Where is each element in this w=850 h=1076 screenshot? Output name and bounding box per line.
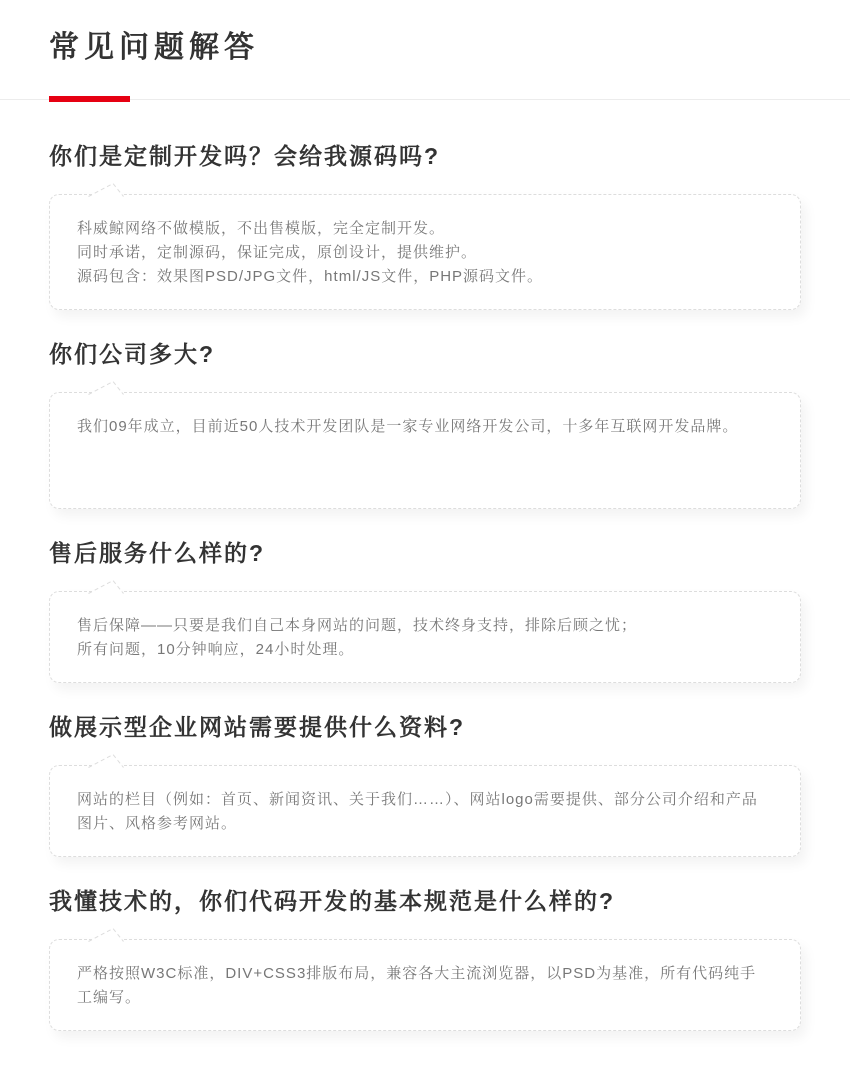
faq-question: 你们公司多大? bbox=[49, 342, 801, 367]
faq-section: 售后服务什么样的? 售后保障——只要是我们自己本身网站的问题，技术终身支持，排除… bbox=[49, 541, 801, 683]
faq-page: 常见问题解答 你们是定制开发吗？会给我源码吗? 科威鲸网络不做模版，不出售模版，… bbox=[0, 0, 850, 1076]
answer-line: 所有问题，10分钟响应，24小时处理。 bbox=[77, 638, 772, 662]
speech-bubble-tail-icon bbox=[88, 753, 124, 768]
speech-bubble-tail-icon bbox=[88, 182, 124, 197]
speech-bubble-tail-icon bbox=[88, 380, 124, 395]
answer-line: 源码包含：效果图PSD/JPG文件，html/JS文件，PHP源码文件。 bbox=[77, 265, 772, 289]
faq-question: 售后服务什么样的? bbox=[49, 541, 801, 566]
faq-question: 做展示型企业网站需要提供什么资料? bbox=[49, 715, 801, 740]
faq-question: 我懂技术的，你们代码开发的基本规范是什么样的? bbox=[49, 889, 801, 914]
answer-line: 同时承诺，定制源码，保证完成，原创设计，提供维护。 bbox=[77, 241, 772, 265]
faq-section: 我懂技术的，你们代码开发的基本规范是什么样的? 严格按照W3C标准，DIV+CS… bbox=[49, 889, 801, 1031]
header-divider bbox=[0, 99, 850, 100]
faq-section: 你们公司多大? 我们09年成立，目前近50人技术开发团队是一家专业网络开发公司，… bbox=[49, 342, 801, 509]
answer-line: 科威鲸网络不做模版，不出售模版，完全定制开发。 bbox=[77, 217, 772, 241]
answer-line: 网站的栏目（例如：首页、新闻资讯、关于我们……）、网站logo需要提供、部分公司… bbox=[77, 788, 772, 836]
page-title: 常见问题解答 bbox=[49, 31, 850, 65]
faq-section: 你们是定制开发吗？会给我源码吗? 科威鲸网络不做模版，不出售模版，完全定制开发。… bbox=[49, 144, 801, 310]
answer-line: 售后保障——只要是我们自己本身网站的问题，技术终身支持，排除后顾之忧； bbox=[77, 614, 772, 638]
speech-bubble-tail-icon bbox=[88, 927, 124, 942]
answer-bubble: 严格按照W3C标准，DIV+CSS3排版布局，兼容各大主流浏览器，以PSD为基准… bbox=[49, 939, 801, 1031]
answer-bubble: 售后保障——只要是我们自己本身网站的问题，技术终身支持，排除后顾之忧； 所有问题… bbox=[49, 591, 801, 683]
title-accent-bar bbox=[49, 96, 130, 102]
faq-list: 你们是定制开发吗？会给我源码吗? 科威鲸网络不做模版，不出售模版，完全定制开发。… bbox=[49, 144, 801, 1031]
faq-question: 你们是定制开发吗？会给我源码吗? bbox=[49, 144, 801, 169]
answer-bubble: 网站的栏目（例如：首页、新闻资讯、关于我们……）、网站logo需要提供、部分公司… bbox=[49, 765, 801, 857]
page-header: 常见问题解答 bbox=[0, 0, 850, 100]
faq-section: 做展示型企业网站需要提供什么资料? 网站的栏目（例如：首页、新闻资讯、关于我们…… bbox=[49, 715, 801, 857]
speech-bubble-tail-icon bbox=[88, 579, 124, 594]
answer-bubble: 科威鲸网络不做模版，不出售模版，完全定制开发。 同时承诺，定制源码，保证完成，原… bbox=[49, 194, 801, 310]
answer-line: 严格按照W3C标准，DIV+CSS3排版布局，兼容各大主流浏览器，以PSD为基准… bbox=[77, 962, 772, 1010]
answer-bubble: 我们09年成立，目前近50人技术开发团队是一家专业网络开发公司，十多年互联网开发… bbox=[49, 392, 801, 509]
answer-line: 我们09年成立，目前近50人技术开发团队是一家专业网络开发公司，十多年互联网开发… bbox=[77, 415, 772, 439]
